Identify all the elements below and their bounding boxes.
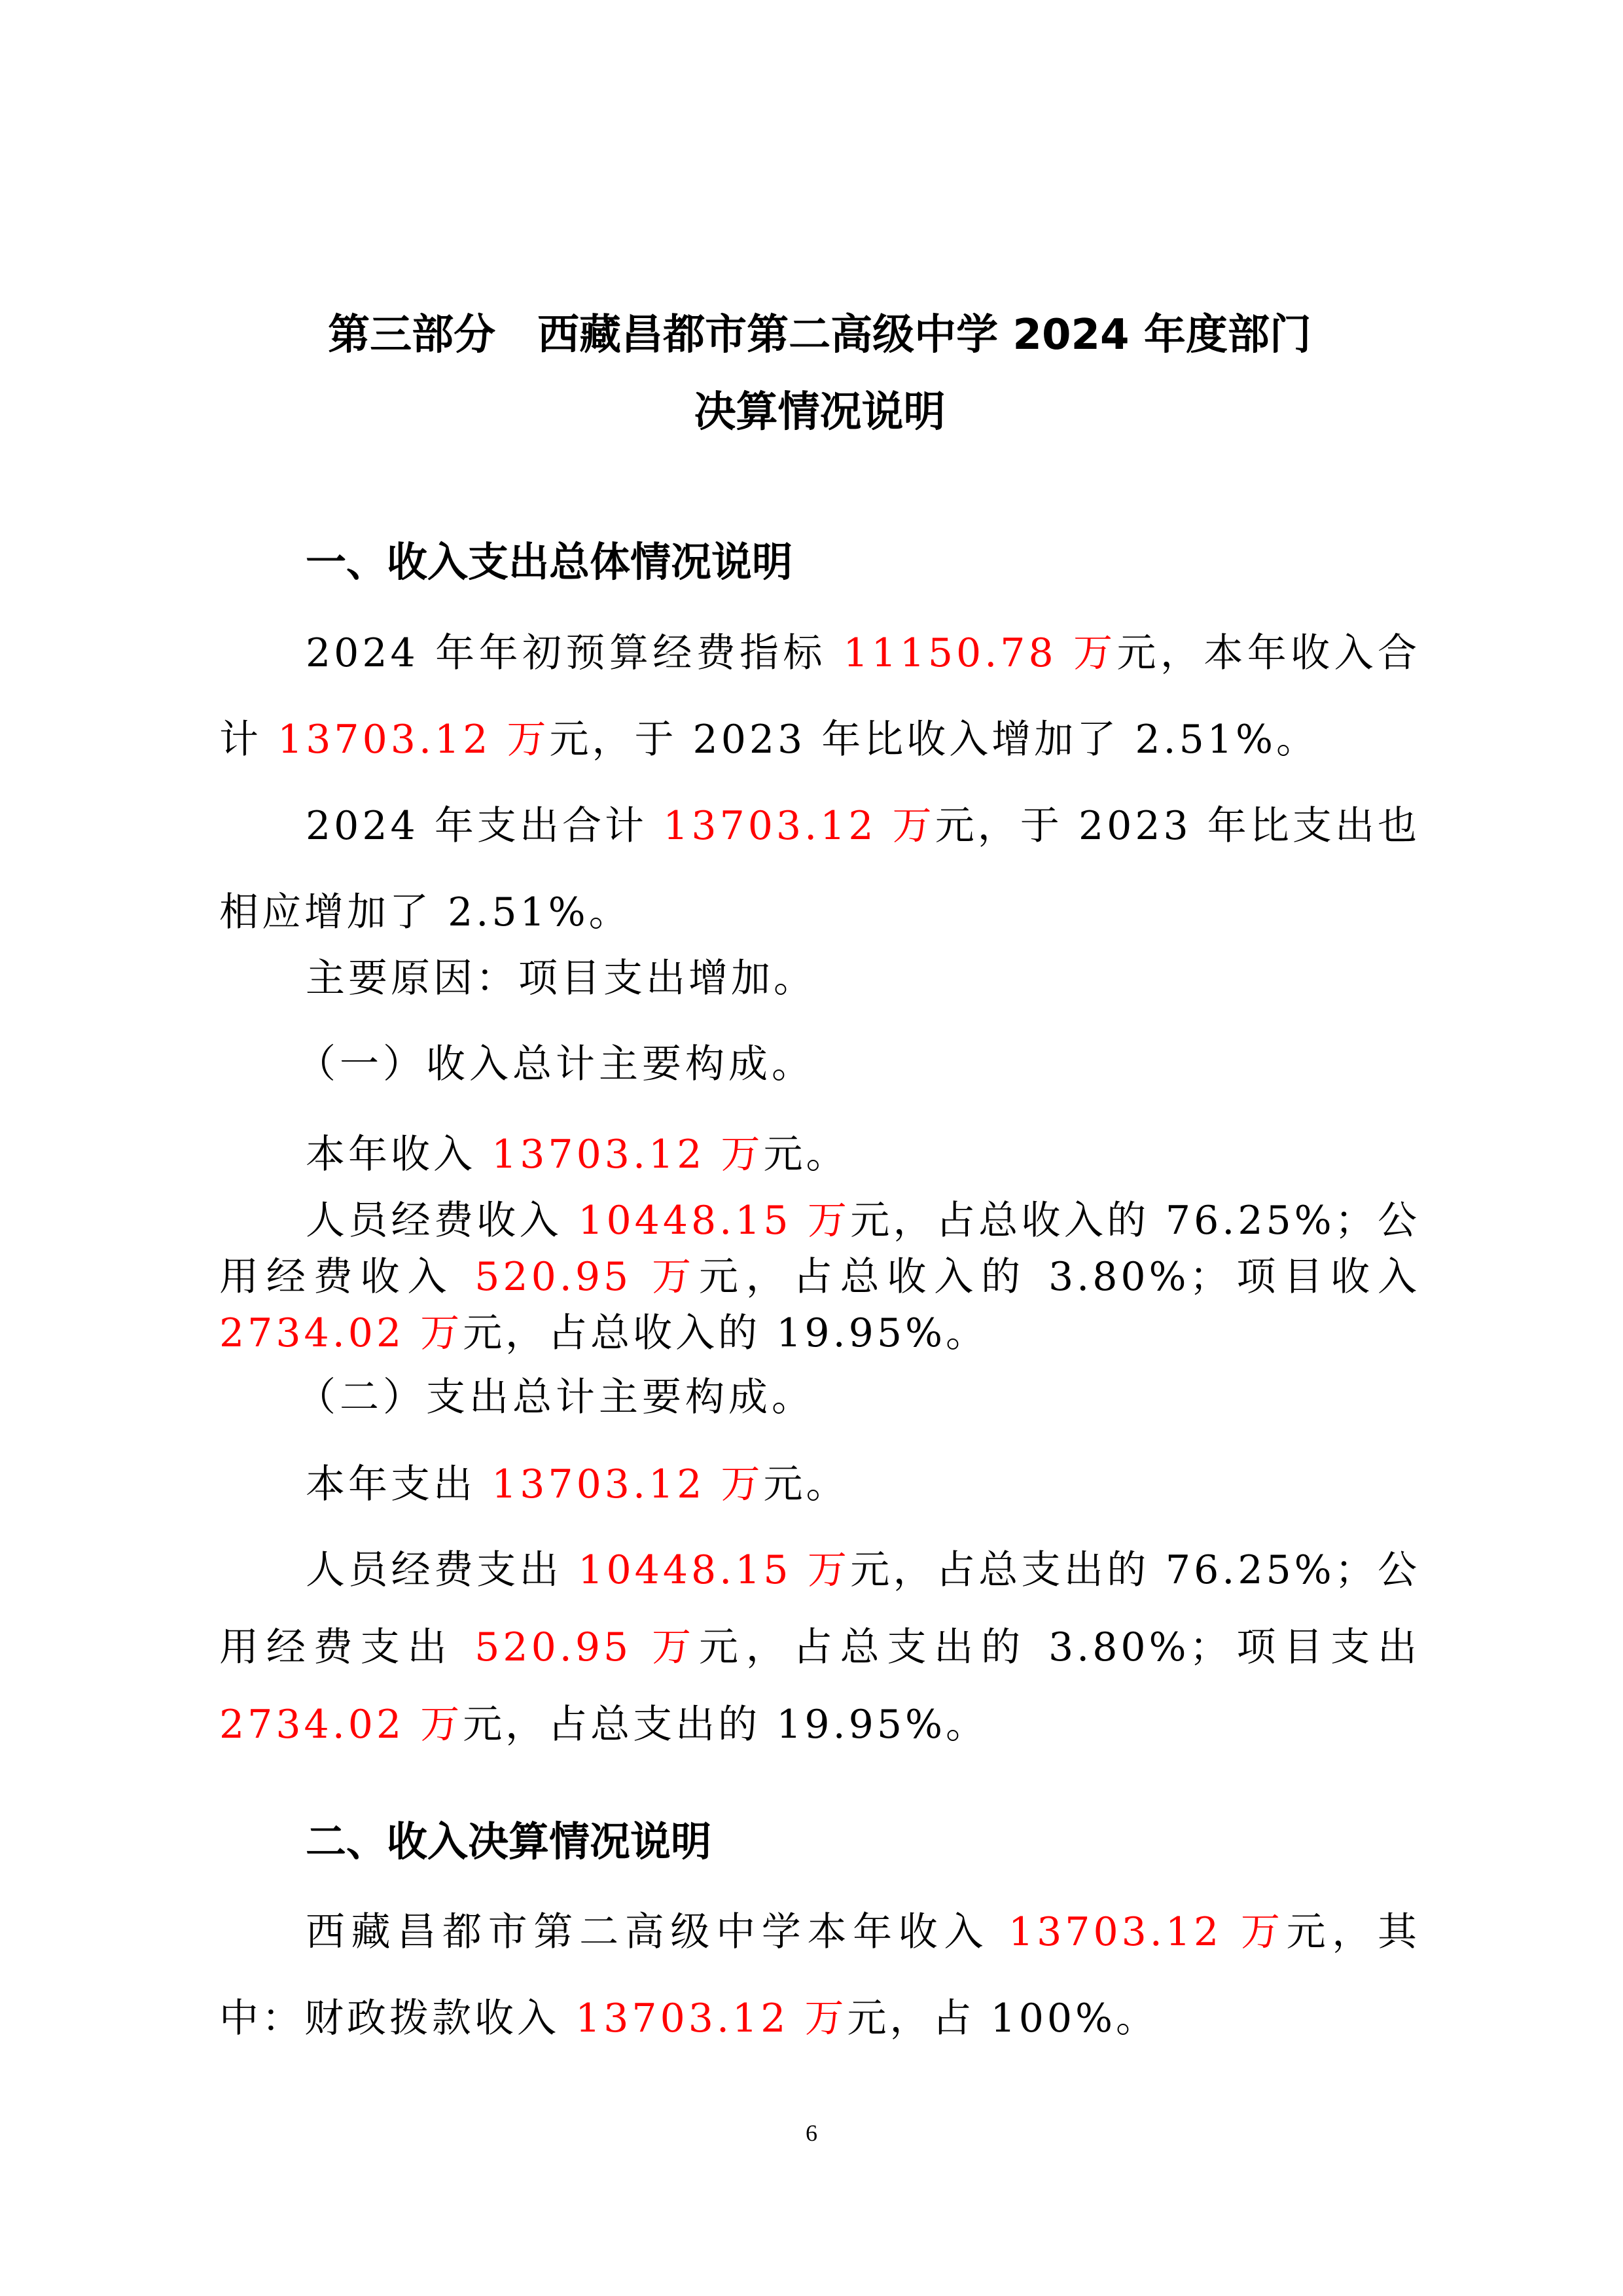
- highlight-amount: 10448.15 万: [578, 1198, 850, 1244]
- highlight-amount: 13703.12 万: [491, 1132, 763, 1177]
- text-run: 元，占总支出的 3.80%；项目支出: [699, 1624, 1420, 1670]
- highlight-amount: 520.95 万: [474, 1624, 699, 1670]
- highlight-amount: 13703.12 万: [1008, 1909, 1287, 1955]
- text-run: 西藏昌都市第二高级中学本年收入: [306, 1909, 1008, 1955]
- income-detail-paragraph: 人员经费收入 10448.15 万元，占总收入的 76.25%；公用经费收入 5…: [219, 1193, 1420, 1361]
- text-run: 本年支出: [306, 1462, 491, 1507]
- section-2-paragraph: 西藏昌都市第二高级中学本年收入 13703.12 万元，其中：财政拨款收入 13…: [219, 1889, 1420, 2062]
- section-1-heading: 一、收入支出总体情况说明: [306, 542, 793, 583]
- expense-detail-paragraph: 人员经费支出 10448.15 万元，占总支出的 76.25%；公用经费支出 5…: [219, 1532, 1420, 1763]
- text-run: 元，占总支出的 19.95%。: [463, 1702, 988, 1748]
- section-1-main-reason: 主要原因：项目支出增加。: [306, 959, 816, 998]
- highlight-amount: 11150.78 万: [843, 630, 1116, 676]
- text-run: 本年收入: [306, 1132, 491, 1177]
- highlight-amount: 520.95 万: [474, 1254, 699, 1300]
- text-run: 元，占 100%。: [847, 1996, 1158, 2041]
- document-title-line-1: 第三部分 西藏昌都市第二高级中学 2024 年度部门: [219, 314, 1420, 356]
- highlight-amount: 13703.12 万: [663, 803, 935, 849]
- section-1-paragraph-expense-total: 2024 年支出合计 13703.12 万元，于 2023 年比支出也相应增加了…: [219, 783, 1420, 956]
- section-1-paragraph-budget: 2024 年年初预算经费指标 11150.78 万元，本年收入合计 13703.…: [219, 610, 1420, 783]
- text-run: 元。: [763, 1462, 848, 1507]
- text-run: 元，占总收入的 19.95%。: [463, 1310, 988, 1356]
- income-composition-heading: （一）收入总计主要构成。: [296, 1045, 815, 1084]
- income-total-paragraph: 本年收入 13703.12 万元。: [219, 1128, 1420, 1181]
- text-run: 2024 年年初预算经费指标: [306, 630, 843, 676]
- text-run: 元，占总收入的 3.80%；项目收入: [699, 1254, 1420, 1300]
- text-run: 元，于 2023 年比收入增加了 2.51%。: [549, 717, 1319, 762]
- page-number: 6: [0, 2119, 1623, 2147]
- document-title-line-2: 决算情况说明: [219, 391, 1420, 433]
- highlight-amount: 10448.15 万: [578, 1547, 850, 1593]
- text-run: 元。: [763, 1132, 848, 1177]
- text-run: 人员经费收入: [306, 1198, 578, 1244]
- highlight-amount: 13703.12 万: [491, 1462, 763, 1507]
- expense-total-paragraph: 本年支出 13703.12 万元。: [219, 1458, 1420, 1511]
- text-run: 2024 年支出合计: [306, 803, 663, 849]
- highlight-amount: 2734.02 万: [219, 1702, 463, 1748]
- highlight-amount: 13703.12 万: [277, 717, 549, 762]
- section-2-heading: 二、收入决算情况说明: [306, 1821, 711, 1862]
- highlight-amount: 13703.12 万: [575, 1996, 847, 2041]
- text-run: 人员经费支出: [306, 1547, 578, 1593]
- expense-composition-heading: （二）支出总计主要构成。: [296, 1378, 815, 1417]
- highlight-amount: 2734.02 万: [219, 1310, 463, 1356]
